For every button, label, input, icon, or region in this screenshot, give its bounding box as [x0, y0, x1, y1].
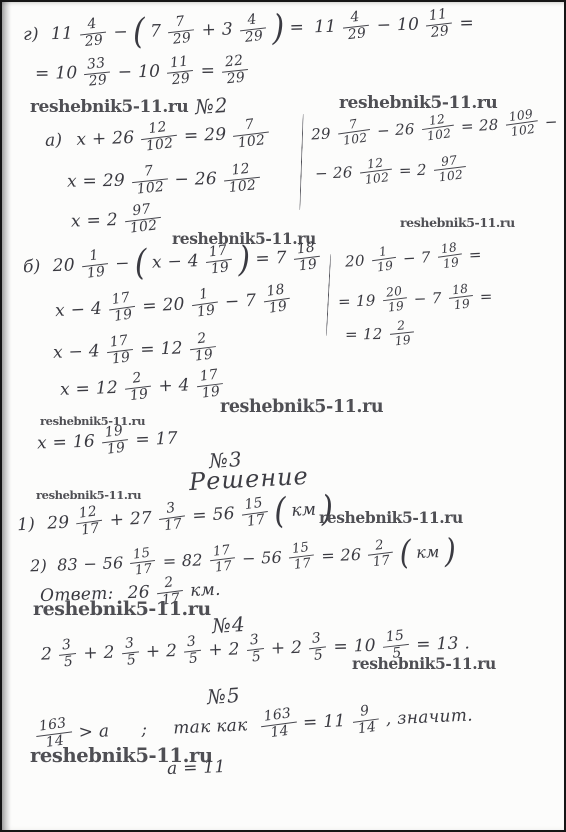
watermark: reshebnik5-11.ru — [339, 93, 497, 113]
section-heading-n5: №5 — [206, 683, 241, 709]
math-line: x = 297102 — [67, 203, 165, 237]
watermark: reshebnik5-11.ru — [400, 215, 515, 230]
watermark: reshebnik5-11.ru — [33, 598, 211, 620]
math-line: x = 161919= 17 — [34, 423, 182, 459]
section-heading-n2: №2 — [194, 93, 229, 119]
math-side-work: 20119− 71819= — [341, 240, 485, 275]
watermark: reshebnik5-11.ru — [352, 654, 496, 673]
math-line: a = 11 — [164, 757, 229, 779]
math-line: = 103329− 101129=2229 — [32, 55, 253, 90]
math-side-work: − 2612102= 297102 — [312, 154, 471, 187]
math-line: 16314> a;так как16314= 11914, значит. — [32, 700, 477, 750]
math-side-work: 297102− 2612102= 28109102− — [307, 107, 561, 148]
handwritten-divider — [299, 114, 303, 210]
watermark: reshebnik5-11.ru — [220, 397, 383, 417]
math-line: б)20119−(x − 41719)= 71819 — [20, 242, 325, 283]
scan-shadow — [2, 2, 11, 830]
math-line: x − 41719= 20119− 71819 — [51, 284, 294, 327]
math-line: x − 41719= 12219 — [50, 332, 221, 369]
math-line: x = 297102− 2612102 — [64, 163, 264, 197]
solution-heading: Решение — [188, 462, 309, 496]
watermark: reshebnik5-11.ru — [319, 508, 463, 527]
handwritten-divider — [326, 254, 331, 336]
watermark: reshebnik5-11.ru — [36, 488, 141, 502]
watermark: reshebnik5-11.ru — [30, 97, 188, 117]
math-line: 2)83 − 561517= 821717− 561517= 26217(км) — [27, 536, 459, 580]
scanned-notebook-page: г)11429−(7729+ 3429)=11429− 101129= = 10… — [0, 0, 566, 832]
math-line: x = 12219+ 41719 — [57, 369, 228, 406]
math-side-work: = 12219 — [342, 319, 418, 348]
math-line: а)x + 2612102= 297102 — [42, 118, 274, 157]
math-side-work: = 192019− 71819= — [335, 282, 497, 315]
math-line: г)11429−(7729+ 3429)=11429− 101129= — [20, 8, 478, 51]
